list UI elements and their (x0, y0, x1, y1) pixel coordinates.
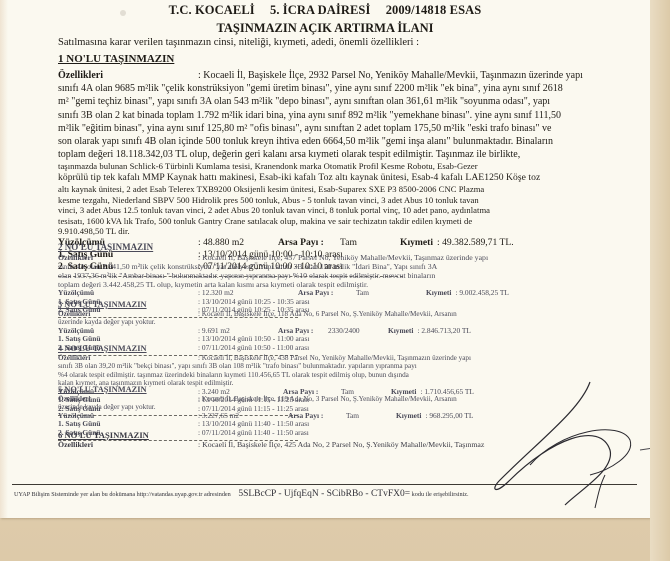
feature-line: toplam değeri 18.118.342,03 TL olup, değ… (58, 148, 630, 161)
feature-line: sınıfı 3B olan 2 kat binada toplam 1.792… (58, 109, 630, 122)
feature-line: m² "gemi teçhiz binası", yapı sınıfı 3A … (58, 95, 630, 108)
property-4-title: 4 NO'LU TAŞINMAZIN (58, 344, 630, 354)
sale1-row: 1. Satış Günü: 13/10/2014 günü 10:50 - 1… (58, 335, 630, 344)
feature-line: olan 1937,36 m²lik "Ambar binası " bulun… (58, 271, 630, 280)
share-value: Tam (356, 289, 426, 298)
case-number: 2009/14818 ESAS (386, 3, 482, 17)
background-surface (650, 0, 670, 561)
feature-line: %4 olarak tespit edilmiştir. taşınmaz üz… (58, 371, 630, 379)
feature-line: altı kaynak ünitesi, 2 adet Esab Telerex… (58, 184, 630, 195)
feature-line: köprülü tip tek kafalı MMP Kaynak hattı … (58, 172, 630, 184)
feature-line: toplam değeri 3.442.458,25 TL olup, kıym… (58, 280, 630, 289)
feature-line: m²lik "eğitim binası", yina aynı sınıf 1… (58, 122, 630, 135)
document-page: T.C. KOCAELİ 5. İCRA DAİRESİ 2009/14818 … (0, 0, 650, 518)
office-name: 5. İCRA DAİRESİ (270, 3, 370, 17)
area-row: Yüzölçümü : 12.320 m2 Arsa Payı : Tam Kı… (58, 289, 630, 298)
footer-end: kodu ile erişebilirsiniz. (412, 491, 469, 498)
property-2-title: 2 NO'LU TAŞINMAZIN (58, 242, 630, 253)
value-amount: : 968.295,00 TL (425, 412, 473, 421)
feature-line: vinci, 3 adet Abus 12.5 tonluk tavan vin… (58, 205, 630, 216)
features-label: Özellikleri (58, 253, 198, 262)
features-label: Özellikleri (58, 310, 198, 318)
intro-text: Satılmasına karar verilen taşınmazın cin… (58, 37, 419, 48)
footer: UYAP Bilişim Sisteminde yer alan bu dokü… (14, 489, 469, 499)
feature-line: Özellikleri: Kocaeli İl, Başiskele İlçe,… (58, 253, 630, 262)
value-label: Kıymeti (388, 327, 413, 336)
property-3-title: 3 NO'LU TAŞINMAZIN (58, 300, 630, 310)
feature-line: Özellikleri: Kocaeli İl, Başiskele İlçe,… (58, 310, 630, 318)
features-label: Özellikleri (58, 354, 198, 362)
document-title: TAŞINMAZIN AÇIK ARTIRMA İLANI (0, 21, 650, 36)
feature-line: son olarak yapı sınıfı 4B olan içinde 50… (58, 135, 630, 148)
value-amount: : 2.846.713,20 TL (417, 327, 470, 336)
share-value: 2330/2400 (328, 327, 388, 336)
features-label: Özellikleri (58, 440, 198, 450)
share-value: Tam (346, 412, 396, 421)
page-edge-shadow (0, 0, 8, 518)
value-label: Kıymeti (396, 412, 421, 421)
feature-line: Özellikleri: Kocaeli İl, Başiskele İlçe,… (58, 69, 630, 82)
feature-line: sınıfı 4A olan 9685 m²lik "çelik konstrü… (58, 82, 630, 95)
property-1-title: 1 NO'LU TAŞINMAZIN (58, 53, 174, 65)
feature-line: Özellikleri: Kocaeli İl, Başiskele İlçe,… (58, 354, 630, 362)
value-label: Kıymeti (426, 289, 451, 298)
feature-line: kesme tezgahı, Niederland SBPV 500 Hidro… (58, 195, 630, 206)
court-name: T.C. KOCAELİ (169, 3, 255, 17)
features-label: Özellikleri (58, 395, 198, 403)
feature-line: sınıfı 4A olan 2.941,50 m²lik çelik kons… (58, 262, 630, 271)
feature-line: taşınmazda bulunan Schlick-6 Türbinli Ku… (58, 161, 630, 172)
value-amount: : 9.002.458,25 TL (455, 289, 508, 298)
feature-line: 9.910.498,50 TL dir. (58, 226, 630, 237)
verification-codes: 5SLBcCP - UjfqEqN - SCibRBo - CTvFX0= (238, 489, 410, 499)
feature-line: sınıfı 3B olan 39,20 m²lik "bekçi binası… (58, 362, 630, 370)
footer-text: UYAP Bilişim Sisteminde yer alan bu dokü… (14, 491, 231, 498)
document-header: T.C. KOCAELİ 5. İCRA DAİRESİ 2009/14818 … (0, 3, 650, 18)
features-label: Özellikleri (58, 69, 198, 82)
signature-icon (470, 380, 660, 510)
feature-line: tesisatı, 1600 kVA lık Trafo, 500 tonluk… (58, 216, 630, 227)
area-row: Yüzölçümü : 9.691 m2 Arsa Payı : 2330/24… (58, 327, 630, 336)
